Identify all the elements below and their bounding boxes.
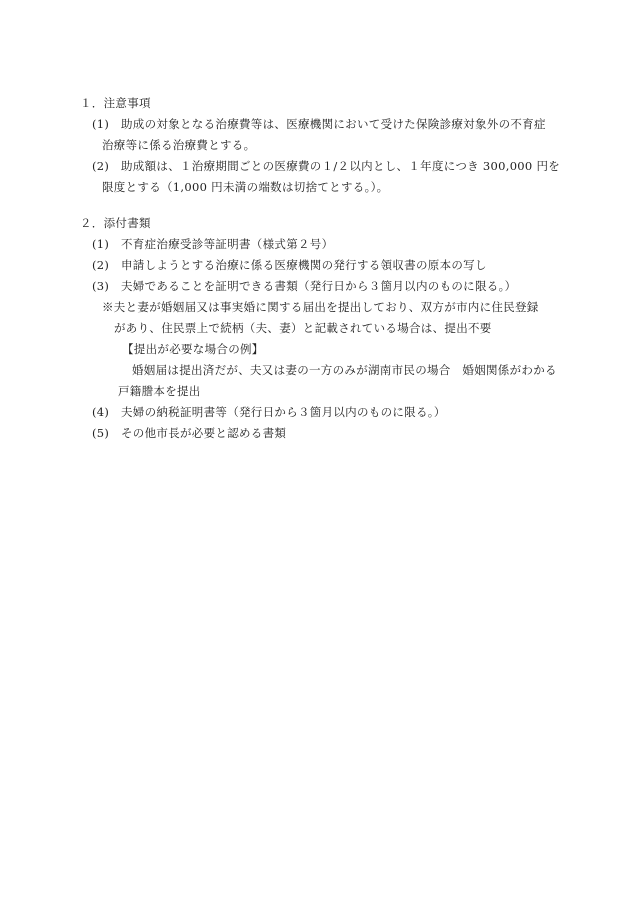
example-text-cont: 戸籍謄本を提出 — [118, 384, 201, 398]
attachment-item-1: (1) 不育症治療受診等証明書（様式第２号） — [92, 237, 333, 251]
note-item-2: (2) 助成額は、１治療期間ごとの医療費の１/２以内とし、１年度につき 300,… — [92, 159, 560, 173]
example-heading: 【提出が必要な場合の例】 — [122, 342, 264, 356]
attachment-item-4: (4) 夫婦の納税証明書等（発行日から３箇月以内のものに限る。） — [92, 405, 446, 419]
example-text: 婚姻届は提出済だが、夫又は妻の一方のみが湖南市民の場合 婚姻関係がわかる — [132, 363, 557, 377]
note-item-1: (1) 助成の対象となる治療費等は、医療機関において受けた保険診療対象外の不育症 — [92, 117, 546, 131]
note-item-2-cont: 限度とする（1,000 円未満の端数は切捨てとする。）。 — [102, 180, 388, 194]
attachment-item-3-note: ※夫と妻が婚姻届又は事実婚に関する届出を提出しており、双方が市内に住民登録 — [102, 300, 539, 314]
attachment-item-3: (3) 夫婦であることを証明できる書類（発行日から３箇月以内のものに限る。） — [92, 279, 516, 293]
attachment-item-5: (5) その他市長が必要と認める書類 — [92, 426, 286, 440]
attachment-item-3-note-cont: があり、住民票上で続柄（夫、妻）と記載されている場合は、提出不要 — [114, 321, 492, 335]
section-heading-attachments: ２．添付書類 — [80, 216, 151, 230]
attachment-item-2: (2) 申請しようとする治療に係る医療機関の発行する領収書の原本の写し — [92, 258, 487, 272]
section-heading-notes: １．注意事項 — [80, 96, 151, 110]
note-item-1-cont: 治療等に係る治療費とする。 — [102, 138, 255, 152]
